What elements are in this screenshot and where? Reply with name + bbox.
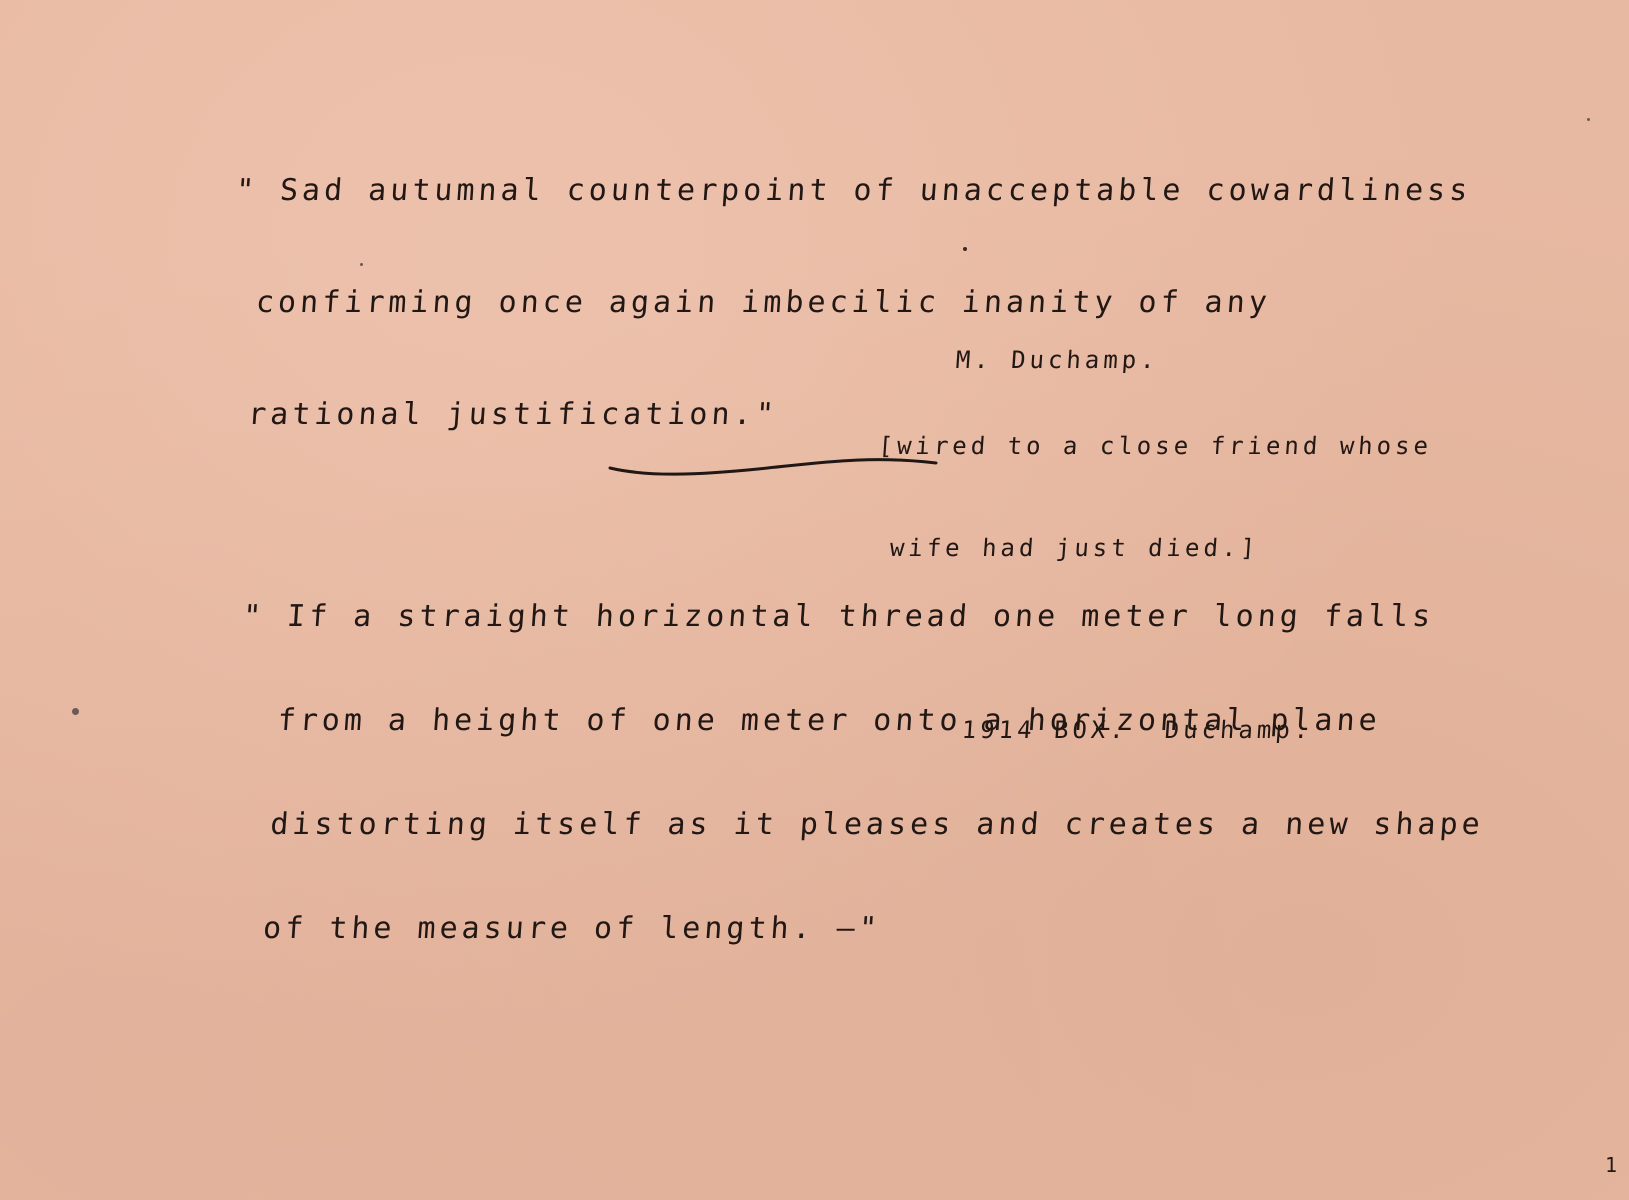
quote1-line-2: confirming once again imbecilic inanity … <box>227 282 1465 324</box>
note-line-1: [wired to a close friend whose <box>877 425 1433 467</box>
quote1-line-1: " Sad autumnal counterpoint of unaccepta… <box>234 170 1472 212</box>
page-number: 1 <box>1605 1153 1617 1177</box>
quote2-line-3: distorting itself as it pleases and crea… <box>227 808 1485 842</box>
paper-speck <box>360 263 363 266</box>
signature-1914-box: 1914 BOX. Duchamp. <box>885 688 1315 772</box>
paper-speck <box>1587 118 1590 121</box>
handwritten-page: " Sad autumnal counterpoint of unaccepta… <box>0 0 1629 1200</box>
divider-stroke <box>608 455 938 495</box>
quote2-line-4: of the measure of length. —" <box>220 912 1478 946</box>
quote-straight-thread: " If a straight horizontal thread one me… <box>215 530 1504 1016</box>
quote2-line-1: " If a straight horizontal thread one me… <box>242 600 1500 634</box>
paper-speck <box>72 708 79 715</box>
paper-speck <box>963 247 967 251</box>
